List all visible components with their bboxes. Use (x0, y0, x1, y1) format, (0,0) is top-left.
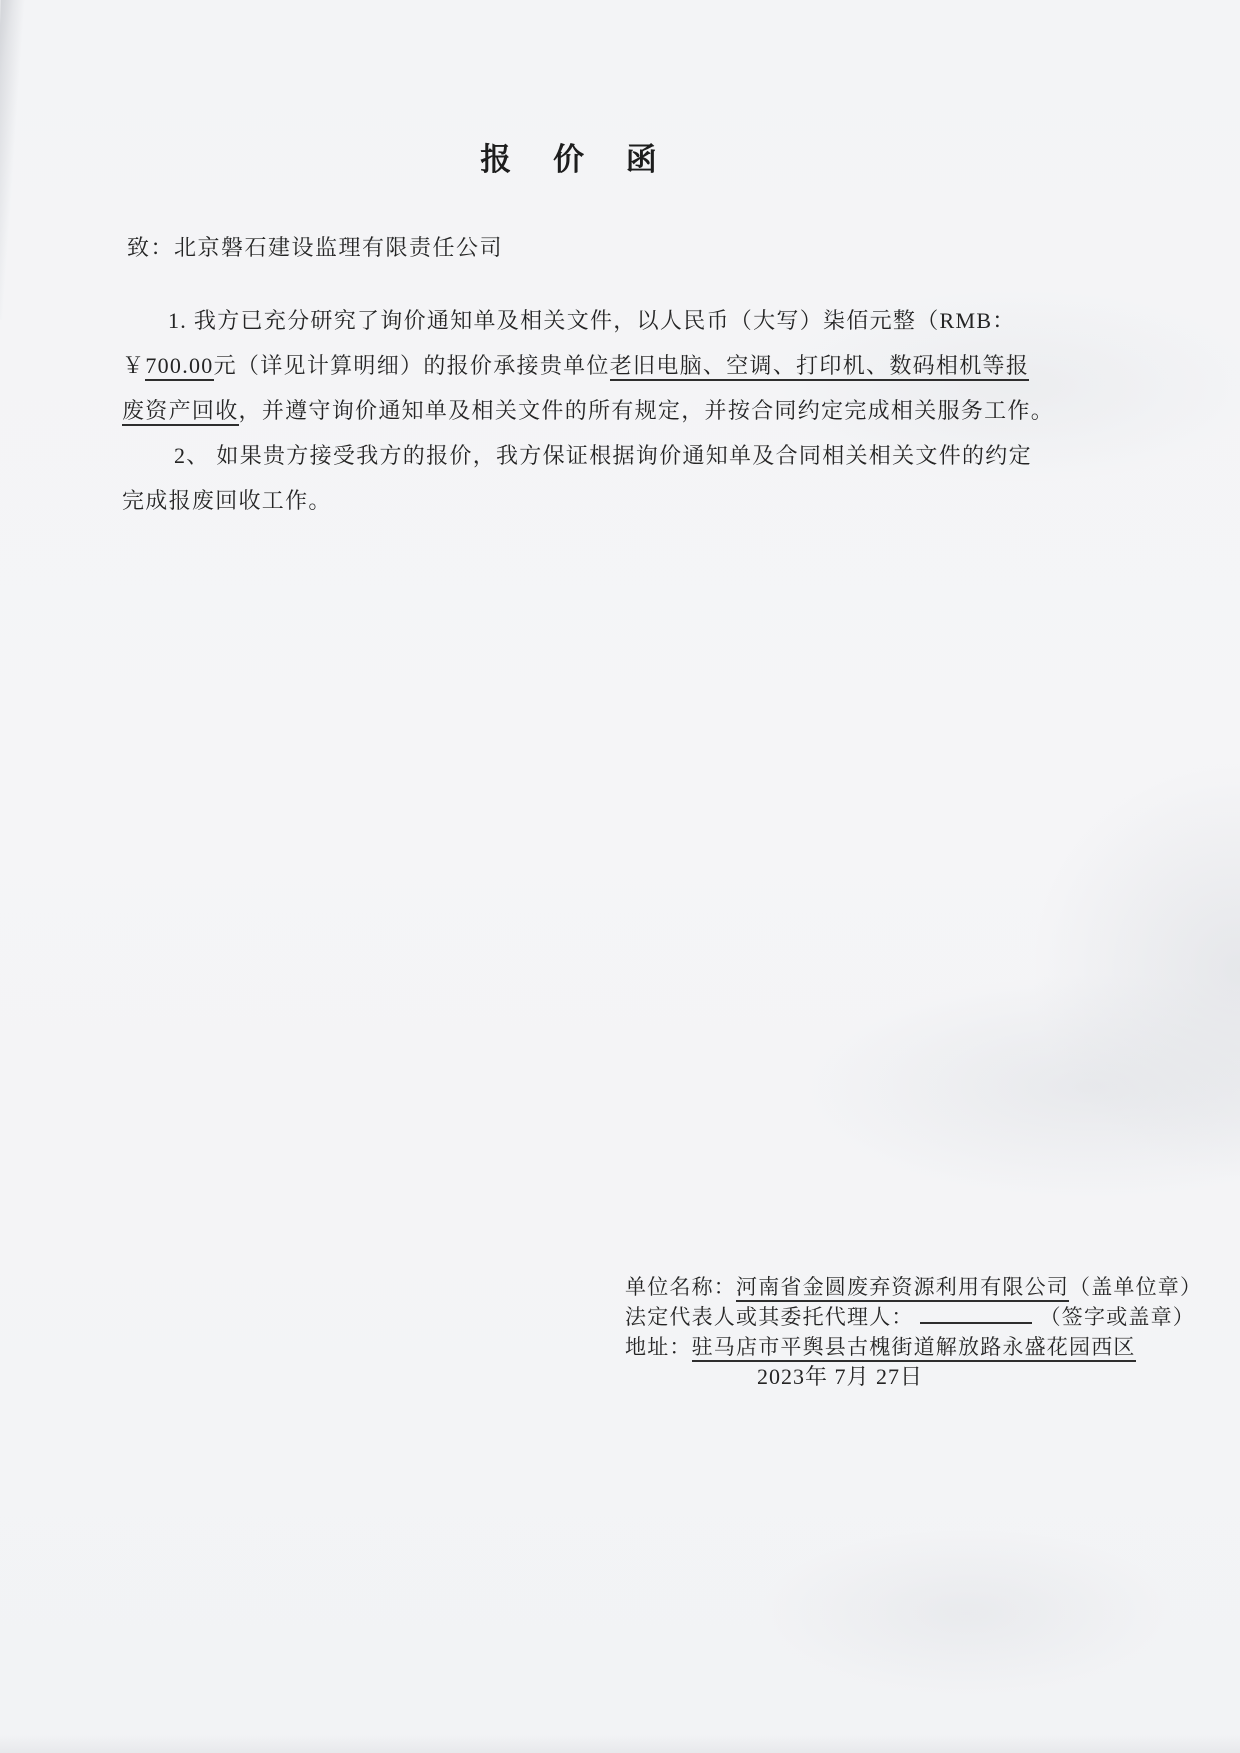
body-line-5-text: 完成报废回收工作。 (122, 488, 332, 513)
legal-representative-label: 法定代表人或其委托代理人： (625, 1305, 914, 1329)
address-label: 地址： (625, 1335, 692, 1359)
date-text: 2023年 7月 27日 (757, 1364, 923, 1389)
scanned-quotation-letter: { "document": { "title": "报 价 函", "recip… (0, 0, 1240, 1753)
signature-seal-note: （签字或盖章） (1040, 1305, 1195, 1329)
date-line: 2023年 7月 27日 (625, 1362, 1202, 1392)
company-name-label: 单位名称： (625, 1275, 736, 1299)
body-line-5: 完成报废回收工作。 (122, 478, 1015, 523)
underlined-asset-list: 老旧电脑、空调、打印机、数码相机等报 (610, 353, 1029, 381)
body-line-1: 1. 我方已充分研究了询价通知单及相关文件，以人民币（大写）柒佰元整（RMB： (122, 298, 1015, 343)
currency-symbol: ￥ (122, 353, 145, 378)
document-title: 报 价 函 (122, 134, 1015, 179)
recipient-line: 致：北京磐石建设监理有限责任公司 (127, 231, 503, 262)
document-body: 1. 我方已充分研究了询价通知单及相关文件，以人民币（大写）柒佰元整（RMB： … (122, 298, 1015, 523)
body-line-1-text: 1. 我方已充分研究了询价通知单及相关文件，以人民币（大写）柒佰元整（RMB： (168, 308, 1016, 333)
body-line-2: ￥700.00元（详见计算明细）的报价承接贵单位老旧电脑、空调、打印机、数码相机… (122, 343, 1015, 388)
underlined-amount: 700.00 (145, 353, 213, 381)
legal-representative-line: 法定代表人或其委托代理人：（签字或盖章） (625, 1302, 1202, 1332)
underlined-company-name: 河南省金圆废弃资源利用有限公司 (736, 1275, 1069, 1302)
body-line-4: 2、 如果贵方接受我方的报价，我方保证根据询价通知单及合同相关相关文件的约定 (122, 433, 1015, 478)
body-line-2-mid: 元（详见计算明细）的报价承接贵单位 (214, 353, 610, 378)
underlined-asset-recovery: 废资产回收 (122, 398, 239, 426)
signature-block: 单位名称：河南省金圆废弃资源利用有限公司（盖单位章） 法定代表人或其委托代理人：… (625, 1272, 1202, 1392)
company-seal-note: （盖单位章） (1069, 1275, 1202, 1299)
paper-crease-right (1030, 760, 1240, 1180)
body-line-3: 废资产回收，并遵守询价通知单及相关文件的所有规定，并按合同约定完成相关服务工作。 (122, 388, 1015, 433)
company-name-line: 单位名称：河南省金圆废弃资源利用有限公司（盖单位章） (625, 1272, 1202, 1302)
signature-blank-underline (920, 1302, 1032, 1324)
body-line-4-text: 2、 如果贵方接受我方的报价，我方保证根据询价通知单及合同相关相关文件的约定 (174, 443, 1032, 468)
body-line-3-rest: ，并遵守询价通知单及相关文件的所有规定，并按合同约定完成相关服务工作。 (239, 398, 1055, 423)
address-line: 地址：驻马店市平舆县古槐街道解放路永盛花园西区 (625, 1332, 1202, 1362)
paper-crease-top-left (0, 0, 32, 320)
underlined-address: 驻马店市平舆县古槐街道解放路永盛花园西区 (692, 1335, 1136, 1362)
